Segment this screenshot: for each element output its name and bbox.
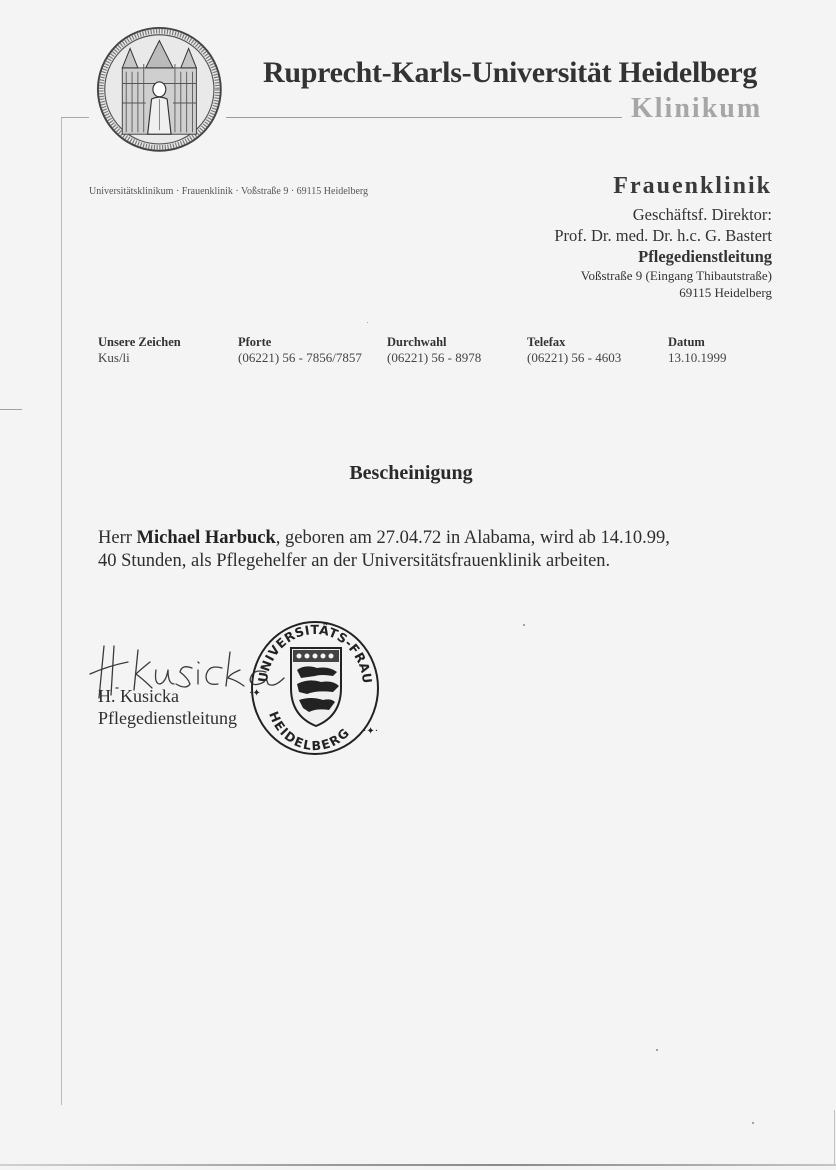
body-line-2: 40 Stunden, als Pflegehelfer an der Univ… <box>98 550 718 573</box>
reference-value: (06221) 56 - 4603 <box>527 350 621 366</box>
department-block: Frauenklinik Geschäftsf. Direktor: Prof.… <box>554 172 772 301</box>
clinic-subtitle: Klinikum <box>631 93 762 125</box>
reference-value: Kus/li <box>98 350 181 366</box>
page-bottom-edge <box>0 1164 836 1166</box>
fold-mark <box>0 409 22 410</box>
department-name: Frauenklinik <box>554 172 772 200</box>
person-name: Michael Harbuck <box>137 528 276 548</box>
reference-label: Unsere Zeichen <box>98 335 181 350</box>
sender-address-line: Universitätsklinikum · Frauenklinik · Vo… <box>89 186 368 197</box>
signer-role: Pflegedienstleitung <box>98 707 237 729</box>
department-city: 69115 Heidelberg <box>554 284 772 301</box>
certificate-body: Herr Michael Harbuck, geboren am 27.04.7… <box>98 527 718 573</box>
reference-label: Datum <box>668 335 727 350</box>
header-rule-left <box>61 117 89 118</box>
director-name: Prof. Dr. med. Dr. h.c. G. Bastert <box>554 225 772 246</box>
reference-label: Durchwahl <box>387 335 481 350</box>
reference-label: Telefax <box>527 335 621 350</box>
signer-name: H. Kusicka <box>98 685 179 707</box>
document-title-text: Bescheinigung <box>349 462 472 484</box>
reference-fax: Telefax (06221) 56 - 4603 <box>527 335 621 366</box>
reference-date: Datum 13.10.1999 <box>668 335 727 366</box>
reference-gate-phone: Pforte (06221) 56 - 7856/7857 <box>238 335 362 366</box>
university-seal-icon <box>95 25 161 91</box>
reference-direct-dial: Durchwahl (06221) 56 - 8978 <box>387 335 481 366</box>
reference-value: 13.10.1999 <box>668 350 727 366</box>
document-title: Bescheinigung <box>0 462 836 485</box>
svg-text:·✦: ·✦ <box>249 688 261 699</box>
reference-value: (06221) 56 - 8978 <box>387 350 481 366</box>
reference-our-sign: Unsere Zeichen Kus/li <box>98 335 181 366</box>
reference-label: Pforte <box>238 335 362 350</box>
svg-text:·✦·: ·✦· <box>363 726 378 737</box>
university-name: Ruprecht-Karls-Universität Heidelberg <box>263 56 757 90</box>
department-street: Voßstraße 9 (Eingang Thibautstraße) <box>554 267 772 284</box>
page-right-edge <box>834 1110 835 1166</box>
director-label: Geschäftsf. Direktor: <box>554 204 772 225</box>
header-rule <box>226 117 622 118</box>
reference-value: (06221) 56 - 7856/7857 <box>238 350 362 366</box>
salutation: Herr <box>98 528 137 548</box>
margin-line-left <box>61 117 62 1105</box>
coat-of-arms-stamp-icon: UNIVERSITÄTS-FRAUENKLINIK HEIDELBERG ·✦ … <box>245 608 380 756</box>
body-line-1: Herr Michael Harbuck, geboren am 27.04.7… <box>98 527 718 550</box>
unit-name: Pflegedienstleitung <box>554 246 772 267</box>
body-line-1-rest: , geboren am 27.04.72 in Alabama, wird a… <box>276 528 670 548</box>
